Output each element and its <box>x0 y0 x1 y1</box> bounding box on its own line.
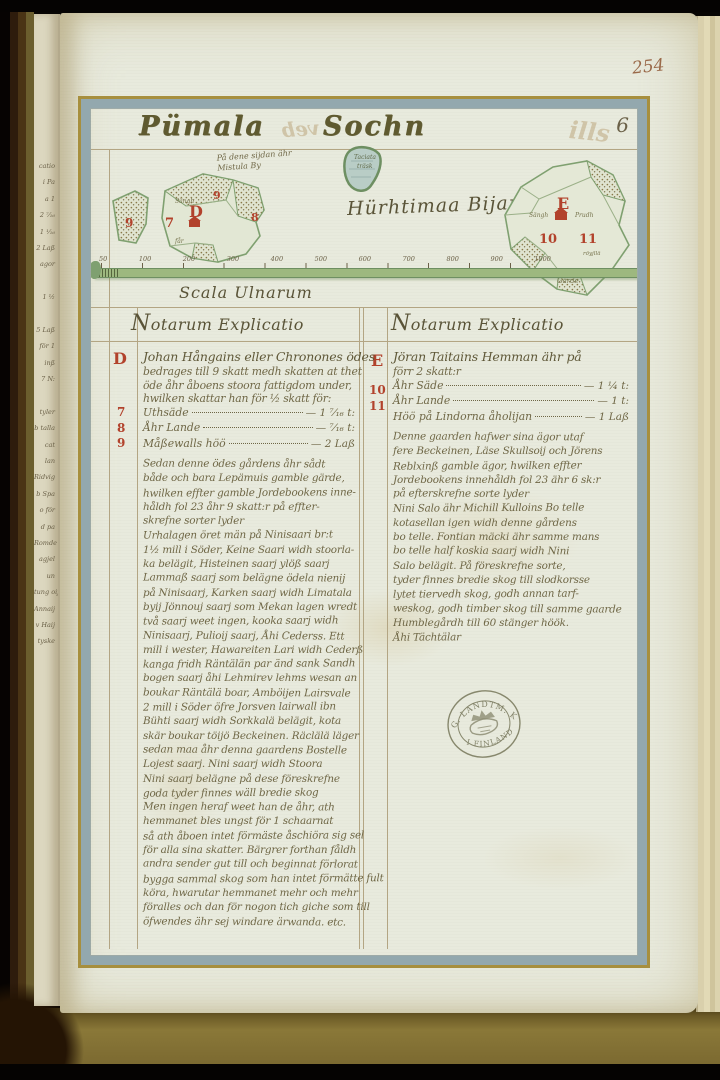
lake-label-line1: Taciata <box>354 154 376 161</box>
text-line: a 1 <box>34 195 58 211</box>
margin-numbers-left: 789 <box>117 405 125 452</box>
text-line: både och bara Lepämuis gamble gärde, <box>143 471 355 485</box>
text-line: 10 <box>369 383 386 399</box>
table-surface <box>24 1008 720 1068</box>
text-line: 800 <box>446 255 458 263</box>
folio-number: 6 <box>616 113 629 137</box>
left-text-column: Johan Hångains eller Chronones ödesbedra… <box>143 349 355 929</box>
margin-letter-D: D <box>113 349 127 368</box>
text-line: goda tyder finnes wäll bredie skog <box>143 785 355 801</box>
text-line: Denne gaarden hafwer sina ägor utaf <box>393 429 629 445</box>
text-line: 1 ¹⁄₁₆ <box>34 228 58 244</box>
text-line: för alla sina skatter. Bärgrer forthan f… <box>143 843 355 857</box>
text-line: Ninisaarj, Pulioij saarj, Åhi Cederss. E… <box>143 628 355 643</box>
text-line: mill i wester, Hawareiten Lari widh Cede… <box>143 643 355 657</box>
scale-caption: Scala Ulnarum <box>179 283 313 302</box>
left-body: Sedan denne ödes gårdens åhr sådtbåde oc… <box>143 457 355 929</box>
text-line: 900 <box>490 255 502 263</box>
text-line: ka belägit, Histeinen saarj ylöß saarj <box>143 557 355 571</box>
left-intro: Johan Hångains eller Chronones ödesbedra… <box>143 349 355 406</box>
entry-row: Måßewalls höö— 2 Laß <box>143 437 355 453</box>
text-line: hemmanet bles ungst för 1 schaarnat <box>143 814 355 828</box>
right-column-header: Notarum Explicatio <box>391 311 564 336</box>
ruled-line <box>387 307 388 949</box>
parcel-tiny-label: får <box>174 238 185 245</box>
text-line: Salo belägit. På föreskrefne sorte, <box>393 559 629 573</box>
text-line: agjel <box>34 555 58 571</box>
text-line: Men ingen heraf weet han de åhr, ath <box>143 800 355 815</box>
text-line: v Haij <box>34 621 58 637</box>
text-line: bo telle half koskia saarj widh Nini <box>393 544 629 560</box>
text-line: 8 <box>117 421 125 437</box>
entry-row: Uthsäde— 1 ⁷⁄₁₆ t: <box>143 406 355 422</box>
right-body: Denne gaarden hafwer sina ägor utaffere … <box>393 430 629 644</box>
parcel-number: 11 <box>579 232 597 247</box>
text-line: tyder finnes bredie skog till slodkorsse <box>393 573 629 587</box>
svg-text:G. LANDTM. KONT.: G. LANDTM. KONT. <box>432 672 520 736</box>
text-line: 2 Laß <box>34 244 58 260</box>
text-line: bygga sammal skog som han intet förmätte… <box>143 871 355 887</box>
text-line: Jöran Taitains Hemman ähr på <box>393 349 629 365</box>
frame-inner: PümalaSochn veb ills 6 På dene sijdan äh… <box>91 109 637 955</box>
left-entries: Uthsäde— 1 ⁷⁄₁₆ t:Åhr Lande— ⁷⁄₁₆ t:Måße… <box>143 406 355 453</box>
text-line <box>34 391 58 407</box>
text-line: kanga fridh Räntälän par änd sank Sandh <box>143 657 355 673</box>
title-word-1: Pümala <box>139 111 265 142</box>
photo-border-bottom <box>0 1064 720 1080</box>
text-line: Humblegårdh till 60 stänger höök. <box>393 616 629 630</box>
text-line: Annaij <box>34 605 58 621</box>
ink-bleedthrough: ills <box>568 115 612 148</box>
book-spine <box>0 0 34 1080</box>
house-symbol <box>555 213 567 220</box>
ruled-line <box>137 307 138 949</box>
text-line: inß <box>34 359 58 375</box>
text-line: d pa <box>34 523 58 539</box>
parcel-number: 10 <box>539 232 557 247</box>
text-line: b talla <box>34 424 58 440</box>
parcel-tiny-label: Gärde <box>557 277 579 285</box>
text-line <box>34 310 58 326</box>
text-line: föralles och dan för nogon tich giche so… <box>143 900 355 914</box>
parcel-tiny-label: Sängh <box>175 198 194 205</box>
text-line: bo telle. Fontian mäcki ähr samme mans <box>393 530 629 544</box>
text-line: Lojest saarj. Nini saarj widh Stoora <box>143 757 355 771</box>
page-stack-edge <box>696 16 720 1012</box>
lake-label-line2: träsk <box>357 163 373 170</box>
text-line: Ridvig <box>34 473 58 489</box>
text-line: 50 <box>99 255 107 263</box>
entry-row: Åhr Säde— 1 ¼ t: <box>393 379 629 395</box>
text-line: b Spa <box>34 490 58 506</box>
text-line: 300 <box>227 255 239 263</box>
parcel-number: 9 <box>213 189 221 202</box>
text-line: håldh fol 23 åhr 9 skatt:r på effter- <box>143 500 355 514</box>
text-line: så ath åboen intet förmäste åschiöra sig… <box>143 828 355 844</box>
text-line: Nini Salo ähr Michill Kulloins Bo telle <box>393 501 629 517</box>
text-line: 500 <box>315 255 327 263</box>
scale-bar <box>95 268 637 278</box>
parcel-tiny-label: Prudh <box>574 212 594 219</box>
text-line: cat <box>34 441 58 457</box>
text-line: 9 <box>117 436 125 452</box>
right-entries: Åhr Säde— 1 ¼ t:Åhr Lande— 1 t:Höö på Li… <box>393 379 629 426</box>
text-line: Urhalagen öret män på Ninisaari br:t <box>143 528 355 544</box>
right-intro: Jöran Taitains Hemman ähr påförr 2 skatt… <box>393 349 629 379</box>
lake-shape: Taciata träsk <box>337 143 389 201</box>
text-line: för 1 <box>34 342 58 358</box>
text-line: köra, hwarutar hemmanet mehr och mehr <box>143 886 355 900</box>
text-line: o för <box>34 506 58 522</box>
text-line: fere Beckeinen, Läse Skullsoij och Jören… <box>393 444 629 458</box>
photo-border-top <box>0 0 720 12</box>
text-line <box>34 277 58 293</box>
text-line: bedrages till 9 skatt medh skatten at th… <box>143 365 355 379</box>
text-line: boukar Räntälä boar, Amböijen Lairsvale <box>143 685 355 700</box>
text-line: tyske <box>34 637 58 653</box>
text-line: 400 <box>271 255 283 263</box>
text-line: på Ninisaarj, Karken saarj widh Limatala <box>143 586 355 600</box>
house-symbol <box>189 221 200 227</box>
text-line: weskog, godh timber skog till samme gaar… <box>393 601 629 617</box>
text-line: 1½ mill i Söder, Keine Saari widh stoorl… <box>143 543 355 557</box>
text-line: Jordebookens innehåldh fol 23 ähr 6 sk:r <box>393 473 629 487</box>
text-line: Nini saarj belägne på dese föreskrefne <box>143 772 355 786</box>
entry-row: Åhr Lande— 1 t: <box>393 394 629 410</box>
stamp-top-text: G. LANDTM. KONT. <box>432 672 520 736</box>
parcel-tiny-label: Sängh <box>529 212 548 219</box>
text-line: 1 ½ <box>34 293 58 309</box>
text-line: skär boukar töijö Beckeinen. Räclälä läg… <box>143 729 355 743</box>
text-line: agor <box>34 260 58 276</box>
text-line: byij Jönnouj saarj som Mekan lagen wredt <box>143 600 355 614</box>
text-line: Romde <box>34 539 58 555</box>
text-line: andra sender gut till och beginnat förlo… <box>143 857 355 872</box>
facing-page-edge: catioi Paa 12 ⁷⁄₁₆1 ¹⁄₁₆2 Laßagor1 ½5 La… <box>34 14 60 1006</box>
text-line: öde åhr åboens stoora fattigdom under, <box>143 379 355 393</box>
right-map-parcel: E 10 11 Sängh Prudh röyjllä Gärde <box>491 153 637 313</box>
text-line: i Pa <box>34 178 58 194</box>
ruled-line <box>91 341 637 342</box>
entry-row: Åhr Lande— ⁷⁄₁₆ t: <box>143 421 355 437</box>
right-text-column: Jöran Taitains Hemman ähr påförr 2 skatt… <box>393 349 629 644</box>
parcel-number: 7 <box>165 216 174 231</box>
text-line: Sedan denne ödes gårdens åhr sådt <box>143 456 355 471</box>
text-line: catio <box>34 162 58 178</box>
text-line: 7 N: <box>34 375 58 391</box>
text-line: Johan Hångains eller Chronones ödes <box>143 349 355 365</box>
text-line: lytet tiervedh skog, godh annan tarf- <box>393 587 629 603</box>
text-line: 2 mill i Söder öfre Jorsven lairwall ibn <box>143 699 355 715</box>
text-line: 100 <box>139 255 151 263</box>
text-line: tung oij <box>34 588 58 604</box>
text-line: 11 <box>369 399 386 415</box>
text-line: hwilken skattar han för ½ skatt för: <box>143 392 355 406</box>
text-line: 600 <box>359 255 371 263</box>
left-column-header: Notarum Explicatio <box>131 311 304 336</box>
text-line: lan <box>34 457 58 473</box>
text-line: hwilken effter gamble Jordebookens inne- <box>143 485 355 501</box>
parcel-number: 9 <box>125 216 133 230</box>
text-line: Lammaß saarj som belägne ödela nienij <box>143 571 355 586</box>
manuscript-page: 254 PümalaSochn veb ills 6 <box>60 13 698 1013</box>
page-number: 254 <box>631 55 665 78</box>
parcel-tiny-label: röyjllä <box>583 251 601 257</box>
text-line: Reblxinß gamble ägor, hwilken effter <box>393 458 629 474</box>
text-line: 2 ⁷⁄₁₆ <box>34 211 58 227</box>
text-line: bogen saarj åhi Lehmirev lehms wesan an <box>143 671 355 685</box>
archive-stamp: G. LANDTM. KONT. I FINLAND. <box>432 672 536 776</box>
text-line: Åhi Tächtälar <box>393 629 629 645</box>
text-line: två saarj weet ingen, kooka saarj widh <box>143 614 355 630</box>
text-line: un <box>34 572 58 588</box>
title-word-2: Sochn <box>323 111 426 142</box>
page-title: PümalaSochn <box>139 111 426 142</box>
text-line: 1000 <box>534 255 551 263</box>
text-line: 7 <box>117 405 125 421</box>
text-line: 200 <box>183 255 195 263</box>
column-divider <box>363 307 364 949</box>
text-line: förr 2 skatt:r <box>393 365 629 379</box>
manuscript-photo: catioi Paa 12 ⁷⁄₁₆1 ¹⁄₁₆2 Laßagor1 ½5 La… <box>0 0 720 1080</box>
map-frame: PümalaSochn veb ills 6 På dene sijdan äh… <box>78 96 650 968</box>
text-line: 5 Laß <box>34 326 58 342</box>
text-line: Bühti saarj widh Sorkkalä belägit, kota <box>143 714 355 728</box>
text-line: öfwendes ähr sej windare ärwanda. etc. <box>143 914 355 929</box>
scale-tick-labels: 501002003004005006007008009001000 <box>99 255 551 263</box>
text-line: 700 <box>403 255 415 263</box>
text-line: kotasellan igen widh denne gårdens <box>393 516 629 530</box>
parcel-number: 8 <box>251 211 259 224</box>
column-divider <box>359 307 360 949</box>
margin-numbers-right: 1011 <box>369 383 386 414</box>
text-line: sedan maa åhr denna gaardens Bostelle <box>143 742 355 757</box>
text-line: tyler <box>34 408 58 424</box>
entry-row: Höö på Lindorna åholijan— 1 Laß <box>393 410 629 426</box>
